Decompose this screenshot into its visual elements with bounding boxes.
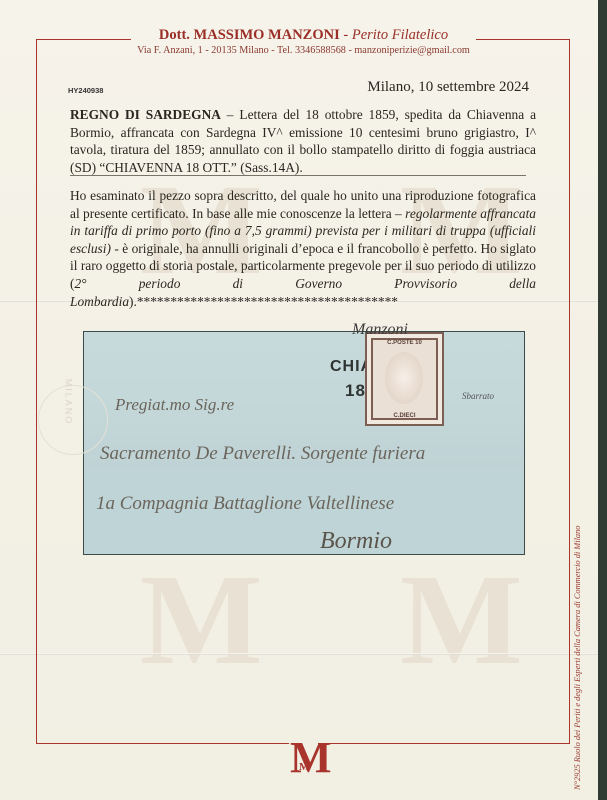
address-line: Sacramento De Paverelli. Sorgente furier… [100,443,425,465]
mm-logo-icon: M M [290,736,318,776]
fold-line [0,653,598,655]
address-line: 1a Compagnia Battaglione Valtellinese [96,493,394,515]
watermark-m: M [400,555,523,685]
frame-border [569,39,570,744]
letterhead: Dott. MASSIMO MANZONI - Perito Filatelic… [0,26,607,56]
logo-big-m: M [290,733,332,782]
expert-signature: Manzoni [352,321,408,339]
header-separator: - [340,27,352,43]
certificate-number: HY240938 [68,86,103,95]
frame-border [36,743,289,744]
expert-opinion: Ho esaminato il pezzo sopra descritto, d… [70,187,536,310]
watermark-m: M [140,555,263,685]
small-handwritten-mark: Sbarrato [462,391,494,401]
logo-small-m: M [299,762,309,773]
stamp-portrait [385,352,423,404]
description-title: REGNO DI SARDEGNA [70,107,221,122]
opinion-text: ).**************************************… [129,294,398,309]
item-description: REGNO DI SARDEGNA – Lettera del 18 ottob… [70,106,536,176]
address-line: Pregiat.mo Sig.re [115,395,234,415]
certificate-date: Milano, 10 settembre 2024 [367,79,529,96]
registry-note: N°2925 Ruolo dei Periti e degli Esperti … [573,526,582,791]
postage-stamp: C.POSTE 10 C.DIECI [365,332,444,426]
description-dash: – [221,107,239,122]
destination-city: Bormio [320,528,392,555]
expert-address: Via F. Anzani, 1 - 20135 Milano - Tel. 3… [0,45,607,56]
expert-role: Perito Filatelico [352,27,448,43]
background-edge [598,0,607,800]
expert-name: Dott. MASSIMO MANZONI [159,27,340,43]
seal-text: MILANO [63,379,73,426]
frame-border [318,743,570,744]
stamp-bottom-text: C.DIECI [367,413,442,419]
frame-border [36,39,37,744]
stamp-top-text: C.POSTE 10 [367,340,442,346]
divider [70,175,526,176]
